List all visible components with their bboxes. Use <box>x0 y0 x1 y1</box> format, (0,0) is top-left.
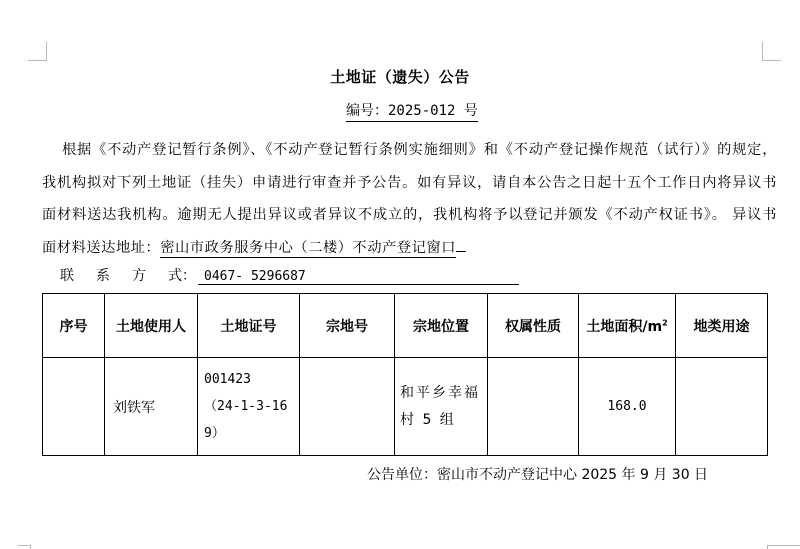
contact-label-char: 方 <box>132 265 168 285</box>
land-certificate-table: 序号 土地使用人 土地证号 宗地号 宗地位置 权属性质 土地面积/m2 地类用途… <box>42 293 768 456</box>
contact-label-char: 联 <box>60 265 96 285</box>
contact-label-char: 系 <box>96 265 132 285</box>
cert-no-line: 9） <box>204 420 299 447</box>
contact-label-char: 式： <box>168 265 196 285</box>
header-parcel-location: 宗地位置 <box>395 294 488 358</box>
cell-cert-no: 001423 （24-1-3-16 9） <box>198 358 300 456</box>
cell-seq <box>43 358 105 456</box>
cell-ownership <box>488 358 579 456</box>
header-parcel-no: 宗地号 <box>300 294 395 358</box>
header-cert-no: 土地证号 <box>198 294 300 358</box>
header-land-area-text: 土地面积/m <box>586 319 662 335</box>
contact-label: 联系方式： <box>60 268 196 284</box>
page-corner-mark-top-right <box>762 42 781 61</box>
notice-body-paragraph: 根据《不动产登记暂行条例》、《不动产登记暂行条例实施细则》和《不动产登记操作规范… <box>42 134 777 264</box>
contact-line: 联系方式：0467- 5296687 <box>60 265 519 285</box>
cert-no-line: 001423 <box>204 366 299 393</box>
page-corner-mark-bottom-right <box>767 545 800 549</box>
document-page: 土地证（遗失）公告 编号：2025-012 号 根据《不动产登记暂行条例》、《不… <box>0 0 800 549</box>
table-row: 刘铁军 001423 （24-1-3-16 9） 和平乡幸福 村 5 组 168… <box>43 358 768 456</box>
objection-address: 密山市政务服务中心（二楼）不动产登记窗口 <box>160 240 456 258</box>
cell-land-user: 刘铁军 <box>105 358 198 456</box>
notice-title: 土地证（遗失）公告 <box>0 66 800 87</box>
document-number: 编号：2025-012 号 <box>346 100 478 122</box>
cell-parcel-no <box>300 358 395 456</box>
page-corner-mark-bottom-left <box>18 545 31 549</box>
contact-phone: 0467- 5296687 <box>198 269 519 285</box>
table-header-row: 序号 土地使用人 土地证号 宗地号 宗地位置 权属性质 土地面积/m2 地类用途 <box>43 294 768 358</box>
page-corner-mark-top-left <box>28 42 47 61</box>
header-land-user: 土地使用人 <box>105 294 198 358</box>
header-land-area: 土地面积/m2 <box>579 294 676 358</box>
address-underline-padding <box>456 251 466 252</box>
cell-land-area: 168.0 <box>579 358 676 456</box>
notice-body-text: 根据《不动产登记暂行条例》、《不动产登记暂行条例实施细则》和《不动产登记操作规范… <box>42 142 777 256</box>
location-line: 村 5 组 <box>400 407 487 434</box>
issuer-and-date: 公告单位：密山市不动产登记中心 2025 年 9 月 30 日 <box>367 464 708 484</box>
location-line: 和平乡幸福 <box>400 380 487 407</box>
cert-no-line: （24-1-3-16 <box>204 393 299 420</box>
header-seq: 序号 <box>43 294 105 358</box>
cell-parcel-location: 和平乡幸福 村 5 组 <box>395 358 488 456</box>
cell-land-use <box>676 358 768 456</box>
header-land-use: 地类用途 <box>676 294 768 358</box>
header-ownership: 权属性质 <box>488 294 579 358</box>
header-land-area-sup: 2 <box>662 318 668 327</box>
